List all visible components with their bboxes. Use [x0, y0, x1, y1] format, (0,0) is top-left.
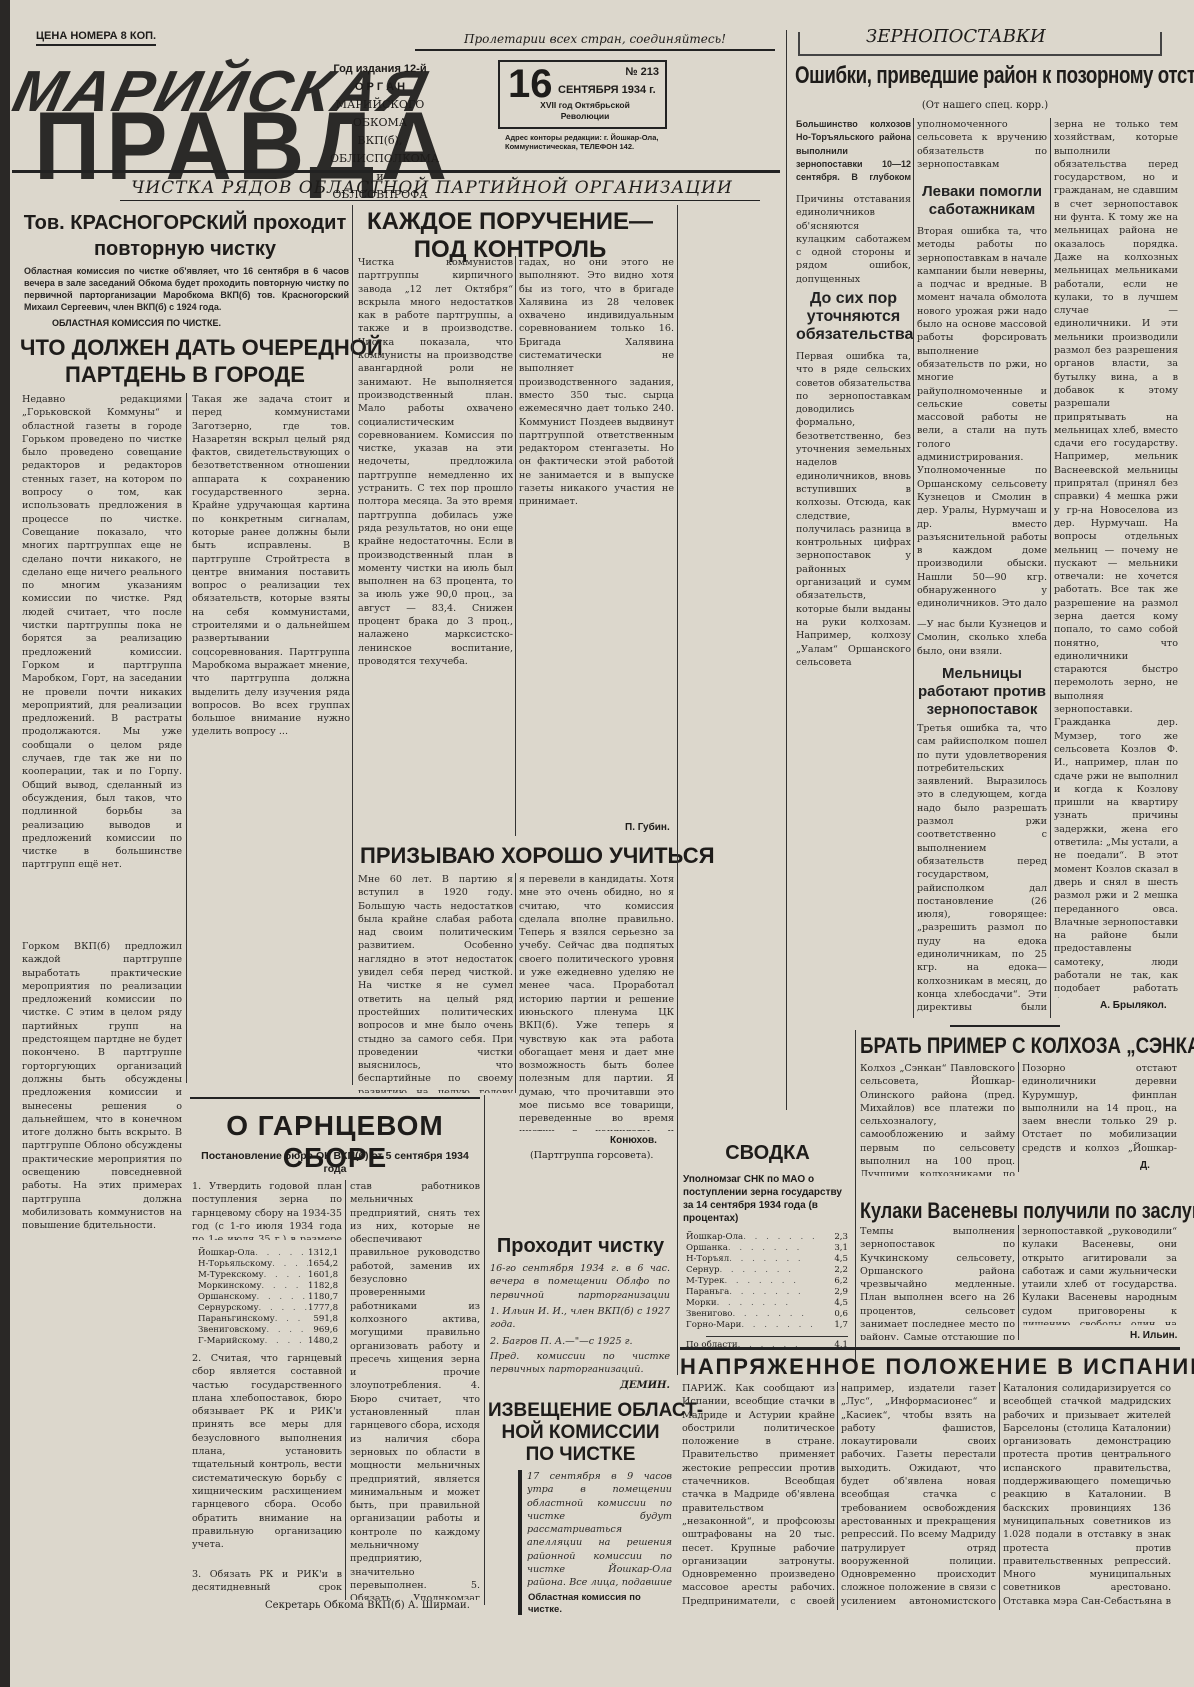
signature: Областная комиссия по чистке.	[528, 1592, 673, 1616]
headline-partden-2: ПАРТДЕНЬ В ГОРОДЕ	[20, 362, 350, 388]
table-row: Морки . . . . . . .4,5	[686, 1298, 848, 1309]
svodka-subhead: Уполномзаг СНК по МАО о поступлении зерн…	[683, 1173, 853, 1225]
article-text: я перевели в кандидаты. Хотя мне это оче…	[519, 873, 674, 1131]
signature: Н. Ильин.	[1130, 1330, 1177, 1341]
headline-krasnogorsky-1: Тов. КРАСНОГОРСКИЙ проходит	[20, 212, 350, 235]
headline-prokhodit: Проходит чистку	[488, 1235, 673, 1258]
organ-label: О Р Г А Н	[330, 78, 430, 96]
subheading: Мельницы работают против зернопоставок	[917, 665, 1047, 719]
rubric-box: ЗЕРНОПОСТАВКИ	[798, 32, 1162, 56]
article-text: например, издатели газет „Лус“, „Информа…	[841, 1382, 996, 1610]
article-text: Каталония солидаризируется со всеобщей с…	[1003, 1382, 1171, 1610]
signature: Конюхов.	[610, 1135, 657, 1146]
table-row: Сернур . . . . . . .2,2	[686, 1265, 848, 1276]
article-text: Пред. комиссии по чистке первичных парто…	[490, 1350, 670, 1378]
article-text: ПАРИЖ. Как сообщают из Испании, всеобщие…	[682, 1382, 835, 1610]
article-text: став работников мельничных предприятий, …	[350, 1180, 480, 1600]
article-text: Третья ошибка та, что сам райисполком по…	[917, 722, 1047, 1012]
revolution-year: XVII год Октябрьской Революции	[520, 100, 650, 122]
subheading: До сих пор уточняются обязательства	[796, 290, 911, 344]
editorial-address: Адрес конторы редакции: г. Йошкар-Ола, К…	[505, 133, 665, 151]
table-row: Н-Торьяльскому . . . . .1654,2	[198, 1259, 338, 1270]
article-text: зерна не только тем хозяйствам, которые …	[1054, 118, 1178, 998]
issue-month-year: СЕНТЯБРЯ 1934 г.	[558, 84, 656, 96]
signature: ДЕМИН.	[620, 1380, 670, 1391]
table-row: Г-Марийскому . . . . .1480,2	[198, 1336, 338, 1347]
organ-line: ОБКОМА ВКП(б),	[330, 114, 430, 150]
rubric-label: ЗЕРНОПОСТАВКИ	[860, 26, 1052, 47]
table-row: Параньгинскому . . . . .591,8	[198, 1314, 338, 1325]
headline-oshibki: Ошибки, приведшие район к позорному отст…	[795, 62, 1194, 90]
signature: П. Губин.	[625, 822, 670, 833]
article-text: 2. Считая, что гарнцевый сбор является с…	[192, 1352, 342, 1562]
headline-kazhdoe-1: КАЖДОЕ ПОРУЧЕНИЕ—	[360, 208, 660, 236]
person-item: 2. Багров П. А.—"—с 1925 г.	[490, 1335, 670, 1348]
newspaper-page: ЦЕНА НОМЕРА 8 КОП. Пролетарии всех стран…	[0, 0, 1194, 1687]
article-text: Колхоз „Сэнкан“ Павловского сельсовета, …	[860, 1062, 1015, 1176]
signature: А. Брылякол.	[1100, 1000, 1167, 1011]
article-text: 3. Обязать РК и РИК'и в десятидневный ср…	[192, 1568, 342, 1596]
year-of-issue: Год издания 12-й	[330, 60, 430, 78]
article-text: Причины отставания единоличников об'ясня…	[796, 193, 911, 283]
article-text: Такая же задача стоит и перед коммуниста…	[192, 393, 350, 1083]
article-text: уполномоченного сельсовета к вручению об…	[917, 118, 1047, 170]
headline-izveshchenie-3: ПО ЧИСТКЕ	[488, 1444, 673, 1466]
table-row: Йошкар-Ола . . . . . . .2,3	[686, 1232, 848, 1243]
byline: (От нашего спец. корр.)	[795, 100, 1175, 111]
headline-senkan: БРАТЬ ПРИМЕР С КОЛХОЗА „СЭНКАН“	[860, 1033, 1194, 1059]
table-row: Н-Торъял . . . . . . .4,5	[686, 1254, 848, 1265]
article-text: Вторая ошибка та, что методы работы по з…	[917, 225, 1047, 615]
headline-izveshchenie-2: НОЙ КОМИССИИ	[488, 1422, 673, 1444]
resolution-signature: Секретарь Обкома ВКП(б) А. Ширмаи.	[265, 1600, 470, 1611]
article-text: гадах, но они этого не выполняют. Это ви…	[519, 256, 674, 826]
scan-edge	[0, 0, 10, 1687]
article-text: Горком ВКП(б) предложил каждой партгрупп…	[22, 940, 182, 1580]
table-row: Параньга . . . . . . .2,9	[686, 1287, 848, 1298]
signature-group: (Партгруппа горсовета).	[530, 1150, 653, 1161]
issue-price: ЦЕНА НОМЕРА 8 КОП.	[36, 30, 156, 46]
table-row: Моркинскому . . . . .1182,8	[198, 1281, 338, 1292]
headline-prizyvayu: ПРИЗЫВАЮ ХОРОШО УЧИТЬСЯ	[360, 843, 680, 869]
organ-line: МАРИЙСКОГО	[330, 96, 430, 114]
resolution-subhead: Постановление бюро ОК ВКП(б) от 5 сентяб…	[190, 1150, 480, 1176]
table-row: Оршанскому . . . . .1180,7	[198, 1292, 338, 1303]
signature: Д.	[1140, 1160, 1150, 1171]
article-text: Темпы выполнения зернопоставок по Кучкин…	[860, 1225, 1015, 1340]
garnets-plan-table: Йошкар-Ола . . . . .1312,1 Н-Торьяльском…	[198, 1248, 338, 1347]
slogan: Пролетарии всех стран, соединяйтесь!	[415, 32, 775, 51]
article-text: Недавно редакциями „Горьковской Коммуны“…	[22, 393, 182, 933]
headline-svodka: СВОДКА	[680, 1142, 855, 1165]
headline-krasnogorsky-2: повторную чистку	[20, 238, 350, 261]
article-text: Первая ошибка та, что в ряде сельских со…	[796, 350, 911, 670]
notice-signature: ОБЛАСТНАЯ КОМИССИЯ ПО ЧИСТКЕ.	[52, 318, 221, 328]
table-row: Звениговскому . . . . .969,6	[198, 1325, 338, 1336]
headline-izveshchenie-1: ИЗВЕЩЕНИЕ ОБЛАСТ-	[488, 1400, 673, 1422]
subject-banner: ЧИСТКА РЯДОВ ОБЛАСТНОЙ ПАРТИЙНОЙ ОРГАНИЗ…	[112, 178, 752, 198]
notice-text: Областная комиссия по чистке об'являет, …	[24, 265, 349, 317]
svodka-table: Йошкар-Ола . . . . . . .2,3 Оршанка . . …	[686, 1232, 848, 1351]
table-row: Йошкар-Ола . . . . .1312,1	[198, 1248, 338, 1259]
headline-kulaki: Кулаки Васеневы получили по заслугам	[860, 1198, 1194, 1224]
article-text: зернопоставкой „руководили“ кулаки Васен…	[1022, 1225, 1177, 1325]
date-box: 16 № 213 СЕНТЯБРЯ 1934 г. XVII год Октяб…	[498, 60, 667, 129]
quote: —У нас были Кузнецов и Смолин, сколько х…	[917, 618, 1047, 658]
article-text: Чистка коммунистов партгруппы кирпичного…	[358, 256, 513, 836]
headline-spain: НАПРЯЖЕННОЕ ПОЛОЖЕНИЕ В ИСПАНИИ	[680, 1354, 1180, 1380]
table-row: Оршанка . . . . . . .3,1	[686, 1243, 848, 1254]
subheading: Леваки помогли саботажникам	[917, 183, 1047, 219]
person-item: 1. Ильин И. И., член ВКП(б) с 1927 года.	[490, 1305, 670, 1332]
table-row: Звенигово . . . . . . .0,6	[686, 1309, 848, 1320]
issue-number: № 213	[625, 66, 659, 78]
article-text: 17 сентября в 9 часов утра в помещении о…	[527, 1470, 672, 1590]
article-text: Мне 60 лет. В партию я вступил в 1920 го…	[358, 873, 513, 1093]
table-row: Горно-Мари . . . . . . .1,7	[686, 1320, 848, 1331]
table-row: М-Турекскому . . . . .1601,8	[198, 1270, 338, 1281]
article-text: Позорно отстают единоличники деревни Кур…	[1022, 1062, 1177, 1157]
table-row: Сернурскому . . . . .1777,8	[198, 1303, 338, 1314]
headline-partden-1: ЧТО ДОЛЖЕН ДАТЬ ОЧЕРЕДНОЙ	[20, 335, 350, 361]
article-lead: Большинство колхозов Но-Торъяльского рай…	[796, 118, 911, 186]
article-text: 16-го сентября 1934 г. в 6 час. вечера в…	[490, 1262, 670, 1302]
table-row: М-Турек . . . . . . .6,2	[686, 1276, 848, 1287]
article-text: 1. Утвердить годовой план поступления зе…	[192, 1180, 342, 1240]
